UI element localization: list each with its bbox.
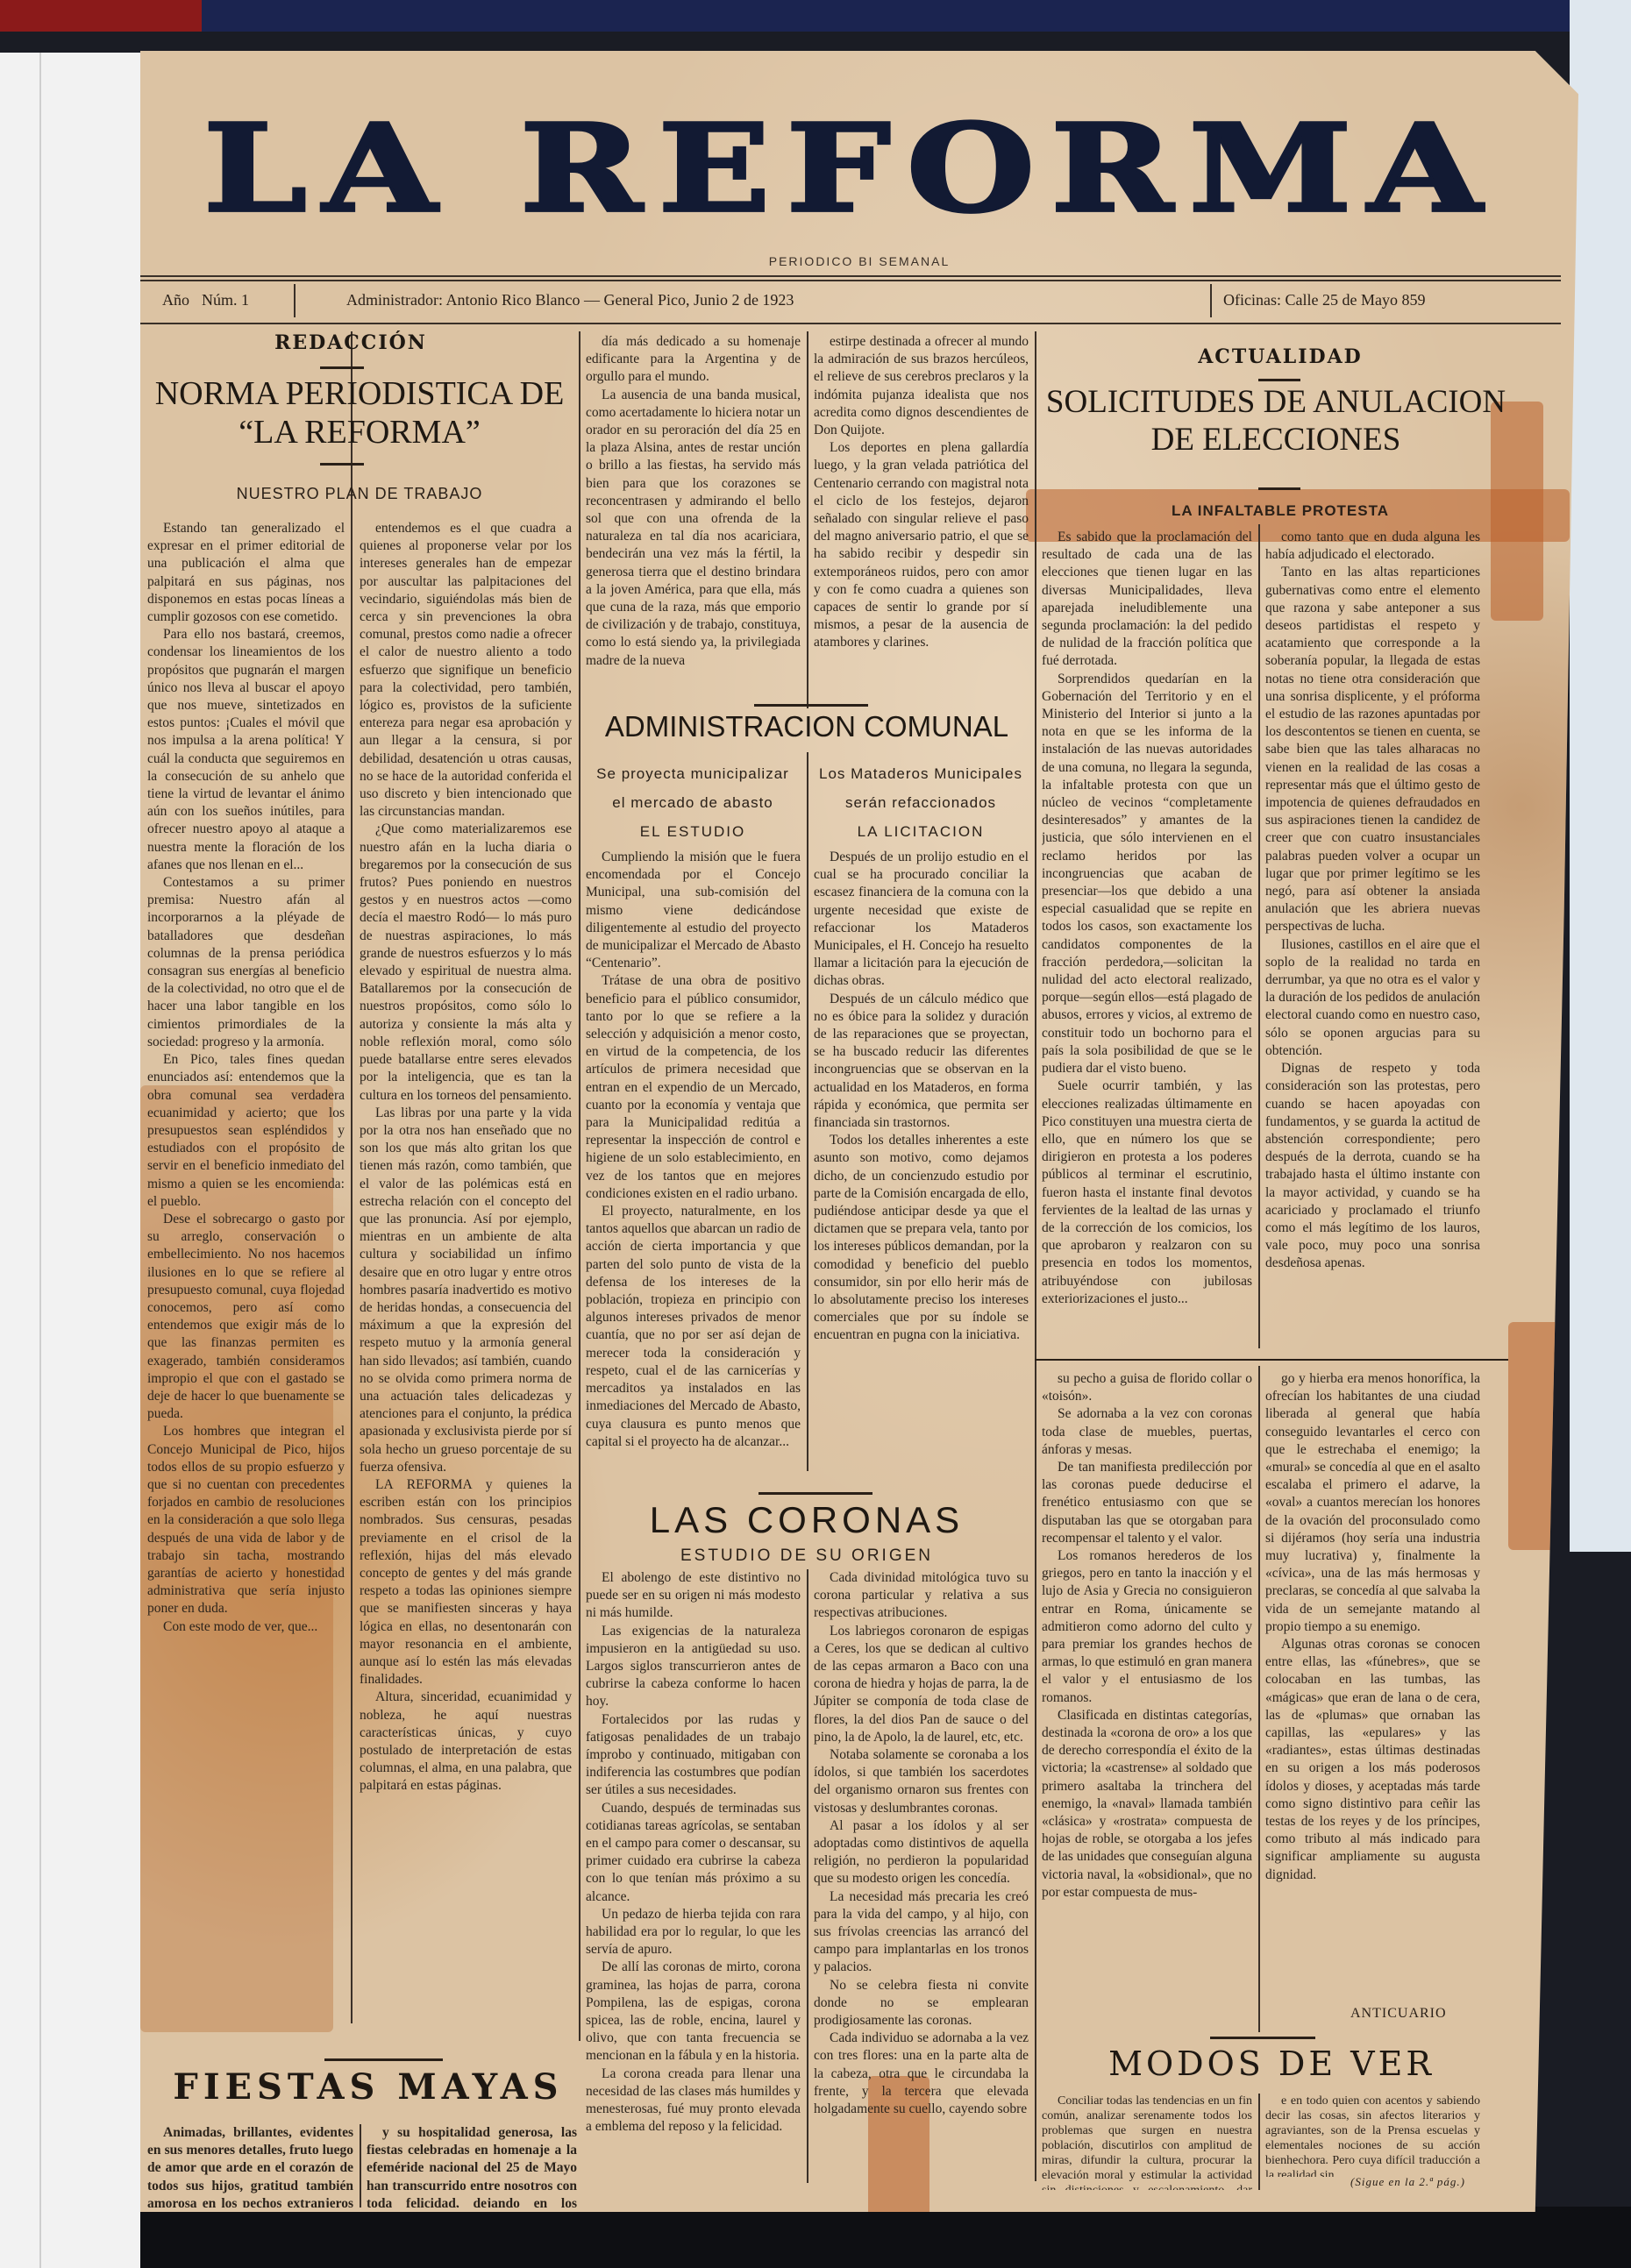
spine-groove — [39, 53, 41, 2268]
fiestas-mayas-headline: FIESTAS MAYAS — [140, 2067, 596, 2108]
paragraph: Notaba solamente se coronaba a los ídolo… — [814, 1746, 1029, 1817]
short-rule — [1258, 379, 1300, 381]
actualidad-deck: LA INFALTABLE PROTESTA — [1035, 502, 1526, 520]
paragraph: Sorprendidos quedarían en la Gobernación… — [1042, 671, 1252, 1078]
paragraph: No se celebra fiesta ni convite donde no… — [814, 1977, 1029, 2030]
paragraph: entendemos es el que cuadra a quienes al… — [360, 520, 572, 821]
paragraph: Es sabido que la proclamación del result… — [1042, 529, 1252, 671]
actualidad-col1: Es sabido que la proclamación del result… — [1042, 529, 1252, 1353]
paragraph: Contestamos a su primer premisa: Nuestro… — [147, 874, 345, 1051]
paragraph: Dese el sobrecargo o gasto por su arregl… — [147, 1211, 345, 1423]
paragraph: Los labriegos coronaron de espigas a Cer… — [814, 1623, 1029, 1746]
top-middle-col2: estirpe destinada a ofrecer al mundo la … — [814, 333, 1029, 701]
paragraph: Clasificada en distintas categorías, des… — [1042, 1707, 1252, 1902]
admin-right-subhead: LA LICITACION — [811, 817, 1030, 846]
column-divider — [351, 331, 353, 2023]
column-divider — [1258, 2094, 1260, 2190]
paragraph: Se adornaba a la vez con coronas toda cl… — [1042, 1405, 1252, 1459]
redaccion-kicker: REDACCIÓN — [228, 331, 474, 354]
redaccion-headline: NORMA PERIODISTICA DE “LA REFORMA” — [140, 375, 579, 451]
coronas-cont-col2: go y hierba era menos honorífica, la ofr… — [1265, 1370, 1480, 1966]
paragraph: Todos los detalles inherentes a este asu… — [814, 1132, 1029, 1344]
info-bar-rule — [140, 323, 1561, 324]
masthead-rule — [140, 275, 1561, 277]
paragraph: estirpe destinada a ofrecer al mundo la … — [814, 333, 1029, 439]
short-rule — [1258, 487, 1300, 490]
redaccion-col2: entendemos es el que cuadra a quienes al… — [360, 520, 572, 2037]
administracion-headline: ADMINISTRACION COMUNAL — [579, 710, 1035, 743]
paragraph: día más dedicado a su homenaje edificant… — [586, 333, 801, 387]
info-bar: Año Núm. 1 Administrador: Antonio Rico B… — [140, 281, 1578, 321]
column-divider — [1258, 1366, 1260, 2032]
book-spine — [0, 53, 143, 2268]
section-rule — [324, 2058, 443, 2061]
paragraph: Trátase de una obra de positivo benefici… — [586, 972, 801, 1203]
bottom-shadow — [140, 2207, 1631, 2268]
modos-de-ver-col1: Conciliar todas las tendencias en un fin… — [1042, 2094, 1252, 2190]
paragraph: Tanto en las altas reparticiones guberna… — [1265, 564, 1480, 935]
paragraph: La corona creada para llenar una necesid… — [586, 2065, 801, 2136]
admin-left-deck-line2: el mercado de abasto — [583, 788, 802, 817]
paragraph: Cada divinidad mitológica tuvo su corona… — [814, 1569, 1029, 1623]
paragraph: go y hierba era menos honorífica, la ofr… — [1265, 1370, 1480, 1636]
divider — [294, 284, 296, 317]
paragraph: De allí las coronas de mirto, corona gra… — [586, 1959, 801, 2065]
paragraph: Las libras por una parte y la vida por l… — [360, 1105, 572, 1476]
paragraph: Dignas de respeto y toda consideración s… — [1265, 1060, 1480, 1272]
paragraph: Cumpliendo la misión que le fuera encome… — [586, 849, 801, 972]
paragraph: Estando tan generalizado el expresar en … — [147, 520, 345, 626]
paragraph: su pecho a guisa de florido collar o «to… — [1042, 1370, 1252, 1405]
paragraph: Las exigencias de la naturaleza impusier… — [586, 1623, 801, 1711]
redaccion-col1: Estando tan generalizado el expresar en … — [147, 520, 345, 2037]
paragraph: El proyecto, naturalmente, en los tantos… — [586, 1203, 801, 1451]
paragraph: La ausencia de una banda musical, como a… — [586, 387, 801, 670]
admin-left-subhead: EL ESTUDIO — [583, 817, 802, 846]
fiestas-mayas-col1: Animadas, brillantes, evidentes en sus m… — [147, 2124, 353, 2208]
admin-right-deck-line2: serán refaccionados — [811, 788, 1030, 817]
paragraph: De tan manifiesta predilección por las c… — [1042, 1459, 1252, 1547]
paragraph: como tanto que en duda alguna les había … — [1265, 529, 1480, 564]
las-coronas-col1: El abolengo de este distintivo no puede … — [586, 1569, 801, 2183]
background-wall — [1570, 0, 1631, 1552]
masthead-title: LA REFORMA — [149, 108, 1552, 229]
admin-right-body: Después de un prolijo estudio en el cual… — [814, 849, 1029, 1471]
fiestas-mayas-col2: y su hospitalidad generosa, las fiestas … — [367, 2124, 577, 2208]
paragraph: Cuando, después de terminadas sus cotidi… — [586, 1800, 801, 1906]
las-coronas-col2: Cada divinidad mitológica tuvo su corona… — [814, 1569, 1029, 2183]
admin-left-body: Cumpliendo la misión que le fuera encome… — [586, 849, 801, 1471]
paragraph: Los deportes en plena gallardía luego, y… — [814, 439, 1029, 651]
admin-right-deck: Los Mataderos Municipales serán refaccio… — [811, 759, 1030, 846]
administrator-line: Administrador: Antonio Rico Blanco — Gen… — [346, 291, 794, 309]
year-label: Año — [162, 291, 189, 309]
actualidad-col2: como tanto que en duda alguna les había … — [1265, 529, 1480, 1353]
paragraph: y su hospitalidad generosa, las fiestas … — [367, 2124, 577, 2208]
section-rule — [754, 704, 868, 707]
paragraph: Para ello nos bastará, creemos, condensa… — [147, 626, 345, 874]
modos-de-ver-headline: MODOS DE VER — [1035, 2045, 1508, 2084]
offices-address: Oficinas: Calle 25 de Mayo 859 — [1223, 291, 1425, 309]
top-middle-col1: día más dedicado a su homenaje edificant… — [586, 333, 801, 701]
modos-de-ver-col2: e en todo quien con acentos y sabiendo d… — [1265, 2094, 1480, 2177]
short-rule — [320, 366, 364, 369]
newspaper-page: LA REFORMA PERIODICO BI SEMANAL Año Núm.… — [140, 51, 1578, 2212]
column-divider — [579, 331, 580, 2041]
paragraph: Los romanos herederos de los griegos, pe… — [1042, 1547, 1252, 1707]
section-rule — [1035, 1359, 1508, 1361]
coronas-cont-col1: su pecho a guisa de florido collar o «to… — [1042, 1370, 1252, 2032]
column-divider — [807, 331, 808, 708]
divider — [1210, 284, 1212, 317]
paragraph: ¿Que como materializaremos ese nuestro a… — [360, 821, 572, 1104]
paragraph: Ilusiones, castillos en el aire que el s… — [1265, 936, 1480, 1060]
paragraph: Al pasar a los ídolos y al ser adoptadas… — [814, 1817, 1029, 1888]
book-cover-top — [0, 0, 1578, 32]
section-rule — [759, 1492, 872, 1495]
column-divider — [807, 1569, 808, 2183]
paragraph: En Pico, tales fines quedan enunciados a… — [147, 1051, 345, 1211]
paragraph: Los hombres que integran el Concejo Muni… — [147, 1423, 345, 1617]
paragraph: Animadas, brillantes, evidentes en sus m… — [147, 2124, 353, 2208]
paragraph: Conciliar todas las tendencias en un fin… — [1042, 2094, 1252, 2190]
short-rule — [320, 463, 364, 466]
column-divider — [1258, 524, 1260, 1348]
actualidad-kicker: ACTUALIDAD — [1035, 345, 1526, 368]
paragraph: La necesidad más precaria les creó para … — [814, 1888, 1029, 1977]
paragraph: Con este modo de ver, que... — [147, 1618, 345, 1636]
column-divider — [360, 2124, 361, 2208]
paragraph: Fortalecidos por las rudas y fatigosas p… — [586, 1711, 801, 1800]
masthead-subtitle: PERIODICO BI SEMANAL — [140, 254, 1578, 268]
paragraph: Cada individuo se adornaba a la vez con … — [814, 2030, 1029, 2118]
column-divider — [807, 752, 808, 1471]
admin-right-deck-line1: Los Mataderos Municipales — [811, 759, 1030, 788]
paragraph: Algunas otras coronas se conocen entre e… — [1265, 1636, 1480, 1884]
las-coronas-deck: ESTUDIO DE SU ORIGEN — [579, 1546, 1035, 1566]
anticuario-signature: ANTICUARIO — [1350, 2006, 1447, 2022]
paragraph: Un pedazo de hierba tejida con rara habi… — [586, 1906, 801, 1959]
paragraph: Suele ocurrir también, y las elecciones … — [1042, 1077, 1252, 1308]
actualidad-headline: SOLICITUDES DE ANULACION DE ELECCIONES — [1039, 384, 1513, 459]
section-rule — [1210, 2037, 1315, 2039]
column-divider — [1035, 331, 1036, 2181]
las-coronas-headline: LAS CORONAS — [579, 1499, 1035, 1541]
redaccion-deck: NUESTRO PLAN DE TRABAJO — [140, 485, 579, 503]
paragraph: El abolengo de este distintivo no puede … — [586, 1569, 801, 1623]
paragraph: Después de un cálculo médico que no es ó… — [814, 991, 1029, 1133]
admin-left-deck: Se proyecta municipalizar el mercado de … — [583, 759, 802, 846]
tape-stain — [1508, 1322, 1570, 1550]
admin-left-deck-line1: Se proyecta municipalizar — [583, 759, 802, 788]
paragraph: Después de un prolijo estudio en el cual… — [814, 849, 1029, 991]
issue-number: Núm. 1 — [202, 291, 249, 309]
paragraph: Altura, sinceridad, ecuanimidad y noblez… — [360, 1689, 572, 1795]
paragraph: e en todo quien con acentos y sabiendo d… — [1265, 2094, 1480, 2177]
continued-note: (Sigue en la 2.ª pág.) — [1350, 2175, 1465, 2189]
paragraph: LA REFORMA y quienes la escriben están c… — [360, 1476, 572, 1689]
